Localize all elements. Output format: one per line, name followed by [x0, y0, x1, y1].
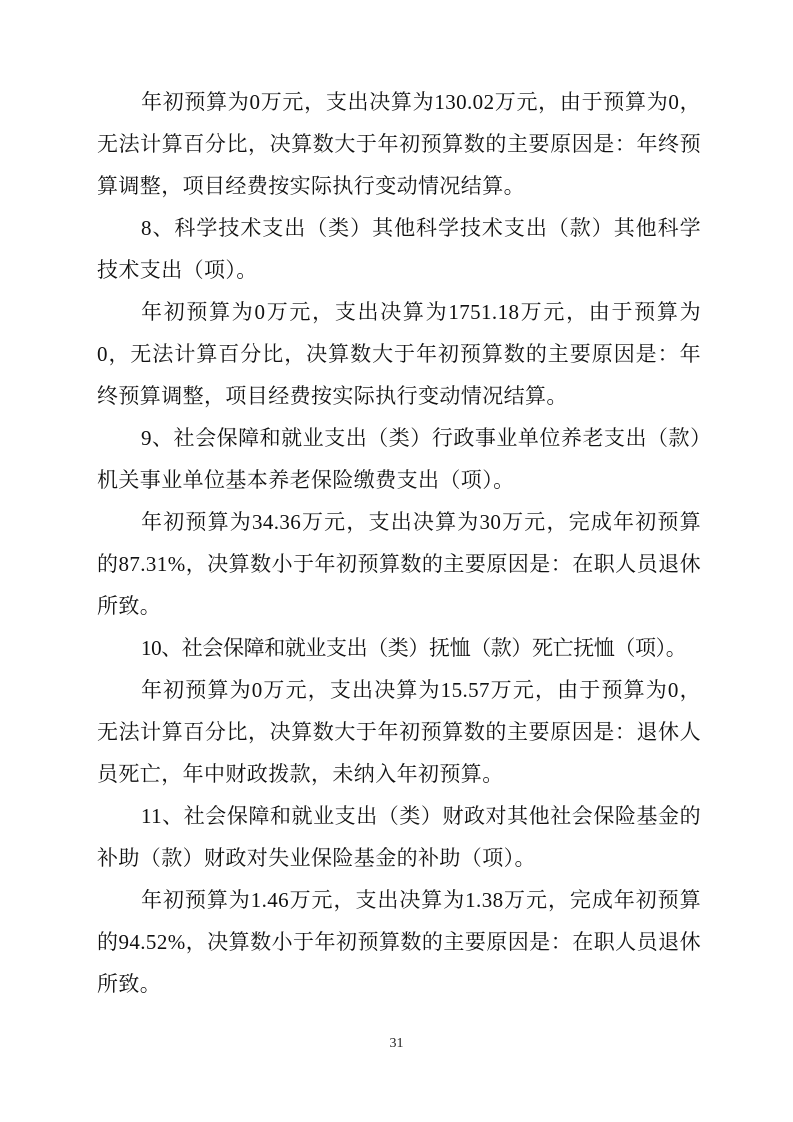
paragraph-item9-figures: 年初预算为34.36万元，支出决算为30万元，完成年初预算的87.31%，决算数…	[97, 501, 701, 627]
paragraph-item8-figures: 年初预算为0万元，支出决算为1751.18万元，由于预算为0，无法计算百分比，决…	[97, 291, 701, 417]
paragraph-item10-figures: 年初预算为0万元，支出决算为15.57万元，由于预算为0，无法计算百分比，决算数…	[97, 669, 701, 795]
paragraph-item11-figures: 年初预算为1.46万元，支出决算为1.38万元，完成年初预算的94.52%，决算…	[97, 879, 701, 1005]
paragraph-item11-heading: 11、社会保障和就业支出（类）财政对其他社会保险基金的补助（款）财政对失业保险基…	[97, 795, 701, 879]
paragraph-item7-figures: 年初预算为0万元，支出决算为130.02万元，由于预算为0，无法计算百分比，决算…	[97, 81, 701, 207]
page-number: 31	[0, 1034, 793, 1054]
paragraph-item10-heading: 10、社会保障和就业支出（类）抚恤（款）死亡抚恤（项）。	[97, 627, 701, 669]
page-content: 年初预算为0万元，支出决算为130.02万元，由于预算为0，无法计算百分比，决算…	[97, 81, 701, 1005]
paragraph-item9-heading: 9、社会保障和就业支出（类）行政事业单位养老支出（款）机关事业单位基本养老保险缴…	[97, 417, 701, 501]
document-page: 年初预算为0万元，支出决算为130.02万元，由于预算为0，无法计算百分比，决算…	[0, 0, 793, 1122]
paragraph-item8-heading: 8、科学技术支出（类）其他科学技术支出（款）其他科学技术支出（项）。	[97, 207, 701, 291]
